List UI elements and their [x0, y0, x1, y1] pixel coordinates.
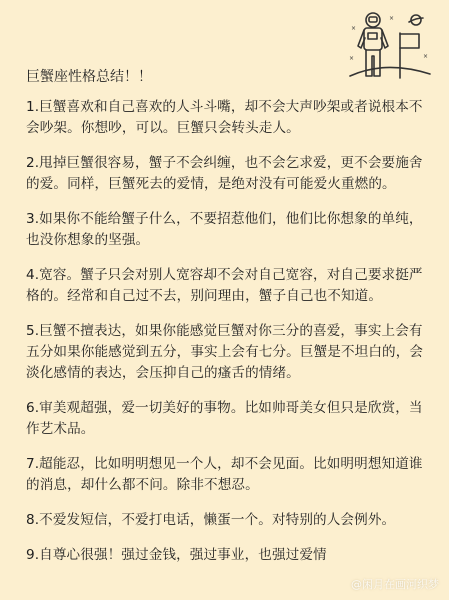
- paragraph: 9.自尊心很强！强过金钱，强过事业，也强过爱情: [26, 545, 426, 566]
- astronaut-flag-icon: × × × ×: [345, 8, 435, 88]
- paragraph: 6.审美观超强，爱一切美好的事物。比如帅哥美女但只是欣赏，当作艺术品。: [26, 398, 426, 440]
- paragraph: 5.巨蟹不擅表达，如果你能感觉巨蟹对你三分的喜爱，事实上会有五分如果你能感觉到五…: [26, 321, 426, 384]
- content: 1.巨蟹喜欢和自己喜欢的人斗斗嘴，却不会大声吵架或者说根本不会吵架。你想吵，可以…: [26, 97, 426, 580]
- page: × × × × 巨蟹座性格总结！！ 1.巨蟹喜欢和自己喜欢的人斗斗嘴，却不会大声…: [0, 0, 449, 600]
- watermark: @闲月在画河织梦: [351, 576, 439, 592]
- svg-text:×: ×: [423, 53, 428, 60]
- svg-text:×: ×: [389, 15, 394, 22]
- svg-text:×: ×: [349, 55, 354, 62]
- paragraph: 3.如果你不能给蟹子什么，不要招惹他们，他们比你想象的单纯，也没你想象的坚强。: [26, 209, 426, 251]
- paragraph: 8.不爱发短信，不爱打电话，懒蛋一个。对特别的人会例外。: [26, 510, 426, 531]
- page-title: 巨蟹座性格总结！！: [26, 68, 152, 86]
- paragraph: 7.超能忍，比如明明想见一个人，却不会见面。比如明明想知道谁的消息，却什么都不问…: [26, 454, 426, 496]
- svg-text:×: ×: [351, 25, 356, 32]
- paragraph: 4.宽容。蟹子只会对别人宽容却不会对自己宽容，对自己要求挺严格的。经常和自己过不…: [26, 265, 426, 307]
- paragraph: 2.甩掉巨蟹很容易，蟹子不会纠缠，也不会乞求爱，更不会要施舍的爱。同样，巨蟹死去…: [26, 153, 426, 195]
- paragraph: 1.巨蟹喜欢和自己喜欢的人斗斗嘴，却不会大声吵架或者说根本不会吵架。你想吵，可以…: [26, 97, 426, 139]
